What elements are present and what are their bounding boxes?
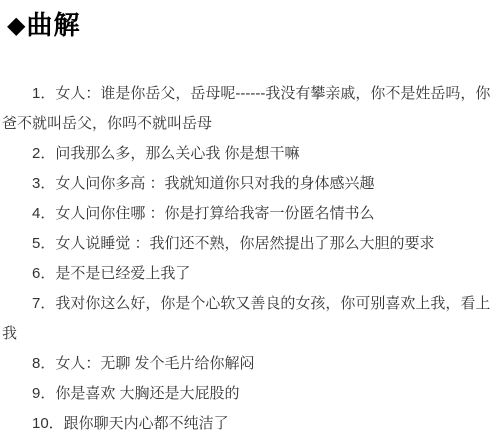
list-item: 8．女人：无聊 发个毛片给你解闷 [2, 349, 492, 379]
list-item: 6．是不是已经爱上我了 [2, 259, 492, 289]
page-title: ◆曲解 [7, 10, 492, 41]
numbered-list: 1．女人：谁是你岳父，岳母呢------我没有攀亲戚，你不是姓岳吗，你爸不就叫岳… [2, 79, 492, 439]
document-page: ◆曲解 1．女人：谁是你岳父，岳母呢------我没有攀亲戚，你不是姓岳吗，你爸… [0, 0, 500, 446]
list-item: 1．女人：谁是你岳父，岳母呢------我没有攀亲戚，你不是姓岳吗，你爸不就叫岳… [2, 79, 492, 139]
diamond-bullet-icon: ◆ [7, 12, 26, 39]
list-item: 3．女人问你多高 ：我就知道你只对我的身体感兴趣 [2, 169, 492, 199]
list-item: 4．女人问你住哪 ：你是打算给我寄一份匿名情书么 [2, 199, 492, 229]
list-item: 5．女人说睡觉 ：我们还不熟，你居然提出了那么大胆的要求 [2, 229, 492, 259]
page-title-text: 曲解 [26, 10, 80, 40]
list-item: 9．你是喜欢 大胸还是大屁股的 [2, 379, 492, 409]
list-item: 2．问我那么多，那么关心我 你是想干嘛 [2, 139, 492, 169]
list-item: 10．跟你聊天内心都不纯洁了 [2, 409, 492, 439]
list-item: 7．我对你这么好，你是个心软又善良的女孩，你可别喜欢上我，看上我 [2, 289, 492, 349]
